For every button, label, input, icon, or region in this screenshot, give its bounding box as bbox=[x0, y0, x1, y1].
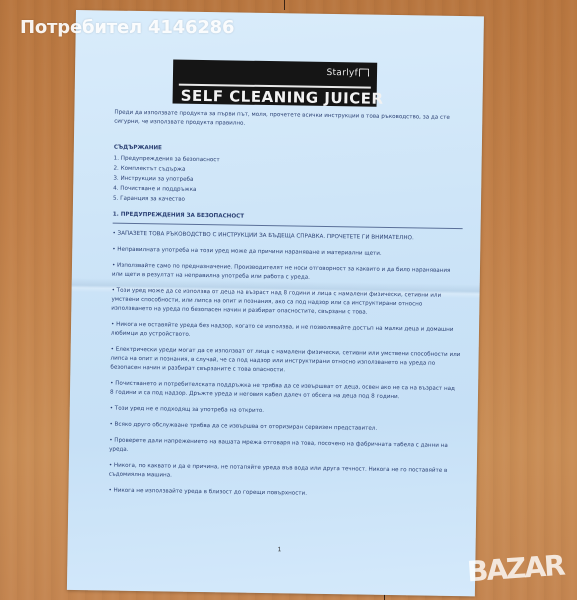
document-body: Преди да използвате продукта за първи пъ… bbox=[108, 109, 464, 508]
table-seam bbox=[284, 0, 285, 10]
section-heading: 1. ПРЕДУПРЕЖДЕНИЯ ЗА БЕЗОПАСНОСТ bbox=[113, 211, 463, 229]
user-id-overlay: Потребител 4146286 bbox=[20, 17, 234, 38]
product-banner: Starlyf SELF CLEANING JUICER bbox=[173, 60, 378, 107]
safety-bullet: • Никога не използвайте уреда в близост … bbox=[108, 487, 458, 501]
instruction-sheet: Starlyf SELF CLEANING JUICER Преди да из… bbox=[67, 10, 484, 596]
safety-bullet: • Всяко друго обслужване трябва да се из… bbox=[109, 421, 459, 435]
safety-bullet: • Никога, по каквато и да е причина, не … bbox=[109, 462, 459, 485]
safety-bullet: • Неправилната употреба на този уред мож… bbox=[112, 246, 462, 260]
brand-logo: Starlyf bbox=[326, 68, 369, 79]
safety-bullet: • Този уред може да се използва от деца … bbox=[111, 287, 461, 319]
intro-paragraph: Преди да използвате продукта за първи пъ… bbox=[114, 109, 464, 132]
safety-bullet: • Никога не оставяйте уреда без надзор, … bbox=[111, 321, 461, 344]
bazar-watermark-logo: BAZAR bbox=[466, 549, 565, 589]
safety-bullet: • Почистването и потребителската поддръж… bbox=[110, 380, 460, 403]
safety-bullet: • ЗАПАЗЕТЕ ТОВА РЪКОВОДСТВО С ИНСТРУКЦИИ… bbox=[112, 230, 462, 244]
contents-list: 1. Предупреждения за безопасност 2. Комп… bbox=[113, 154, 464, 209]
product-title: SELF CLEANING JUICER bbox=[181, 87, 371, 108]
safety-bullet: • Проверете дали напрежението на вашата … bbox=[109, 437, 459, 460]
safety-bullet: • Електрически уреди могат да се използв… bbox=[110, 346, 460, 378]
safety-bullet: • Използвайте само по предназначение. Пр… bbox=[112, 262, 462, 285]
page-number: 1 bbox=[277, 546, 281, 553]
safety-bullet: • Този уред не е подходящ за употреба на… bbox=[110, 405, 460, 419]
house-icon bbox=[359, 68, 369, 76]
brand-name: Starlyf bbox=[326, 68, 358, 78]
